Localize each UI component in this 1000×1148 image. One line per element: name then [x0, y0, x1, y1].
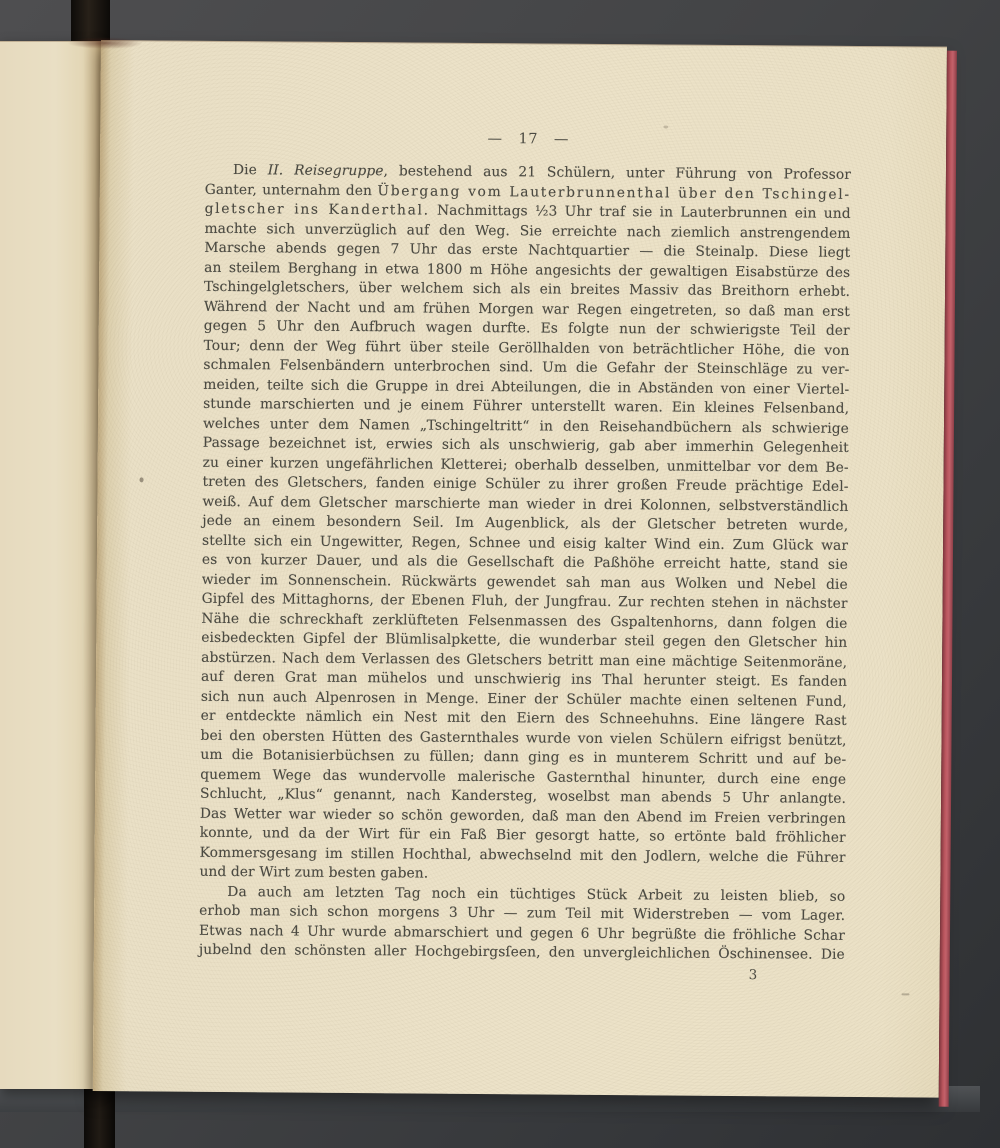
text-segment: Tschingelgletschers, über welchem sich a…	[204, 279, 850, 300]
text-segment: Da auch am letzten Tag noch ein tüchtige…	[227, 884, 845, 905]
text-line: jubelnd den schönsten aller Hochgebirgsſ…	[199, 941, 845, 966]
text-segment: quemem Wege das wundervolle malerische G…	[200, 766, 846, 787]
paper-speck	[140, 477, 144, 482]
text-segment: bei den obersten Hütten des Gasternthale…	[200, 727, 846, 748]
text-segment: sich nun auch Alpenrosen in Menge. Einer…	[201, 688, 847, 709]
italic-text-segment: II. Reisegruppe	[268, 162, 384, 179]
text-segment: eisbedeckten Gipfel der Blümlisalpkette,…	[201, 630, 847, 651]
text-segment: es von kurzer Dauer, und als die Gesells…	[202, 552, 848, 573]
text-segment: Ganter, unternahm den	[205, 181, 378, 198]
text-segment: an steilem Berghang in etwa 1800 m Höhe …	[204, 259, 850, 280]
text-segment: Das Wetter war wieder so schön geworden,…	[200, 805, 846, 826]
text-segment: abstürzen. Nach dem Verlassen des Gletsc…	[201, 649, 847, 670]
text-segment: schmalen Felsenbändern unterbrochen sind…	[203, 357, 849, 378]
text-segment: erhob man sich schon morgens 3 Uhr — zum…	[199, 903, 845, 924]
letterspaced-text-segment: Übergang vom Lauterbrunnenthal über den …	[377, 183, 850, 203]
letterspaced-text-segment: gletscher ins Kanderthal.	[205, 201, 430, 219]
body-text: Die II. Reisegruppe, bestehend aus 21 Sc…	[199, 161, 851, 966]
paper-speck	[663, 125, 668, 128]
book-scan-scene: —17— Die II. Reisegruppe, bestehend aus …	[0, 0, 1000, 1148]
text-segment: wieder im Sonnenschein. Rückwärts gewend…	[202, 571, 848, 592]
text-segment: Gipfel des Mittaghorns, der Ebenen Fluh,…	[202, 591, 848, 612]
text-segment: stellte sich ein Ungewitter, Regen, Schn…	[202, 532, 848, 553]
text-segment: zu einer kurzen ungefährlichen Kletterei…	[203, 454, 849, 475]
text-segment: Während der Nacht und am frühen Morgen w…	[204, 298, 850, 319]
header-dash-left: —	[487, 131, 502, 147]
paper-speck	[902, 993, 910, 995]
book-page: —17— Die II. Reisegruppe, bestehend aus …	[93, 40, 947, 1098]
text-segment: Marsche abends gegen 7 Uhr das erste Nac…	[204, 240, 850, 261]
text-segment: Tour; denn der Weg führt über steile Ger…	[204, 337, 850, 358]
text-segment: Die	[233, 162, 268, 178]
text-segment: , bestehend aus 21 Schülern, unter Führu…	[384, 163, 852, 183]
text-segment: jede an einem besondern Seil. Im Augenbl…	[202, 513, 848, 534]
text-segment: er entdeckte nämlich ein Nest mit den Ei…	[201, 708, 847, 729]
text-segment: meiden, teilte sich die Gruppe in drei A…	[203, 376, 849, 397]
text-segment: welches unter dem Namen „Tschingeltritt“…	[203, 415, 849, 436]
page-surface: —17— Die II. Reisegruppe, bestehend aus …	[93, 41, 947, 1098]
page-number-header: —17—	[205, 128, 851, 151]
text-segment: treten des Gletschers, fanden einige Sch…	[202, 474, 848, 495]
text-segment: Etwas nach 4 Uhr wurde abmarschiert und …	[199, 922, 845, 943]
text-segment: konnte, und da der Wirt für ein Faß Bier…	[200, 825, 846, 846]
text-segment: stunde marschierten und je einem Führer …	[203, 396, 849, 417]
text-segment: gegen 5 Uhr den Aufbruch wagen durfte. E…	[204, 318, 850, 339]
signature-mark: 3	[749, 966, 758, 985]
text-segment: machte sich unverzüglich auf den Weg. Si…	[204, 220, 850, 241]
page-number: 17	[518, 131, 538, 147]
text-segment: auf deren Grat man mühelos und unschwier…	[201, 669, 847, 690]
bookmark-ribbon-bottom	[84, 1084, 115, 1148]
text-segment: Kommersgesang im stillen Hochthal, abwec…	[200, 844, 846, 865]
text-segment: Passage bezeichnet ist, erwies sich als …	[203, 435, 849, 456]
text-segment: um die Botanisierbüchsen zu füllen; dann…	[200, 747, 846, 768]
text-segment: Nähe die schreckhaft zerklüfteten Felsen…	[201, 610, 847, 631]
facing-page-edge	[0, 41, 101, 1089]
header-dash-right: —	[554, 132, 569, 148]
text-segment: Nachmittags ½3 Uhr traf sie in Lauterbru…	[430, 203, 851, 222]
text-segment: jubelnd den schönsten aller Hochgebirgsſ…	[199, 942, 845, 963]
text-segment: weiß. Auf dem Gletscher marschierte man …	[202, 493, 848, 514]
text-segment: Schlucht, „Klus“ genannt, nach Kanderste…	[200, 786, 846, 807]
text-segment: und der Wirt zum besten gaben.	[199, 864, 428, 882]
